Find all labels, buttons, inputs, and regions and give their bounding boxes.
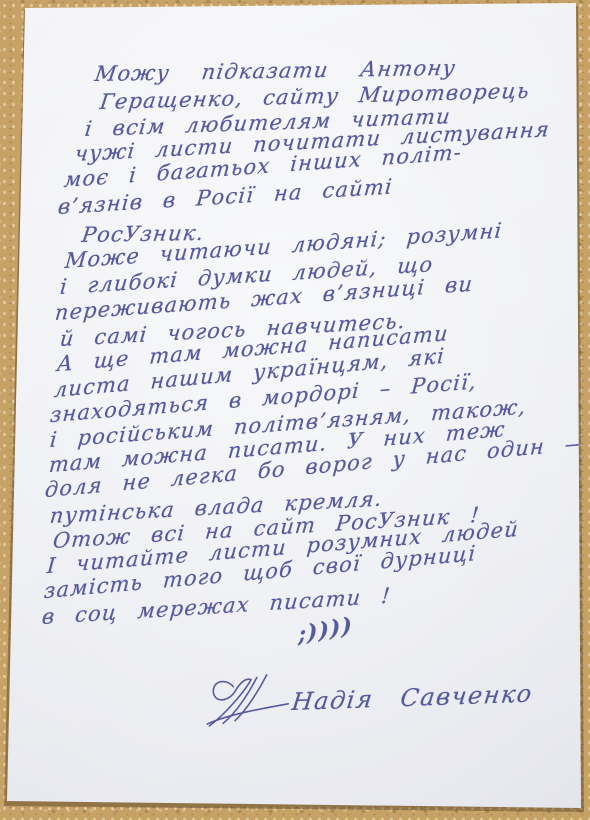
winking-smiley-text: ;))))	[298, 612, 353, 648]
photo-of-letter: Можу підказати Антону Геращенко, сайту М…	[0, 0, 590, 820]
letter-paper: Можу підказати Антону Геращенко, сайту М…	[0, 0, 590, 820]
signature-flourish	[195, 669, 298, 730]
signature: Надія Савченко	[290, 680, 534, 717]
